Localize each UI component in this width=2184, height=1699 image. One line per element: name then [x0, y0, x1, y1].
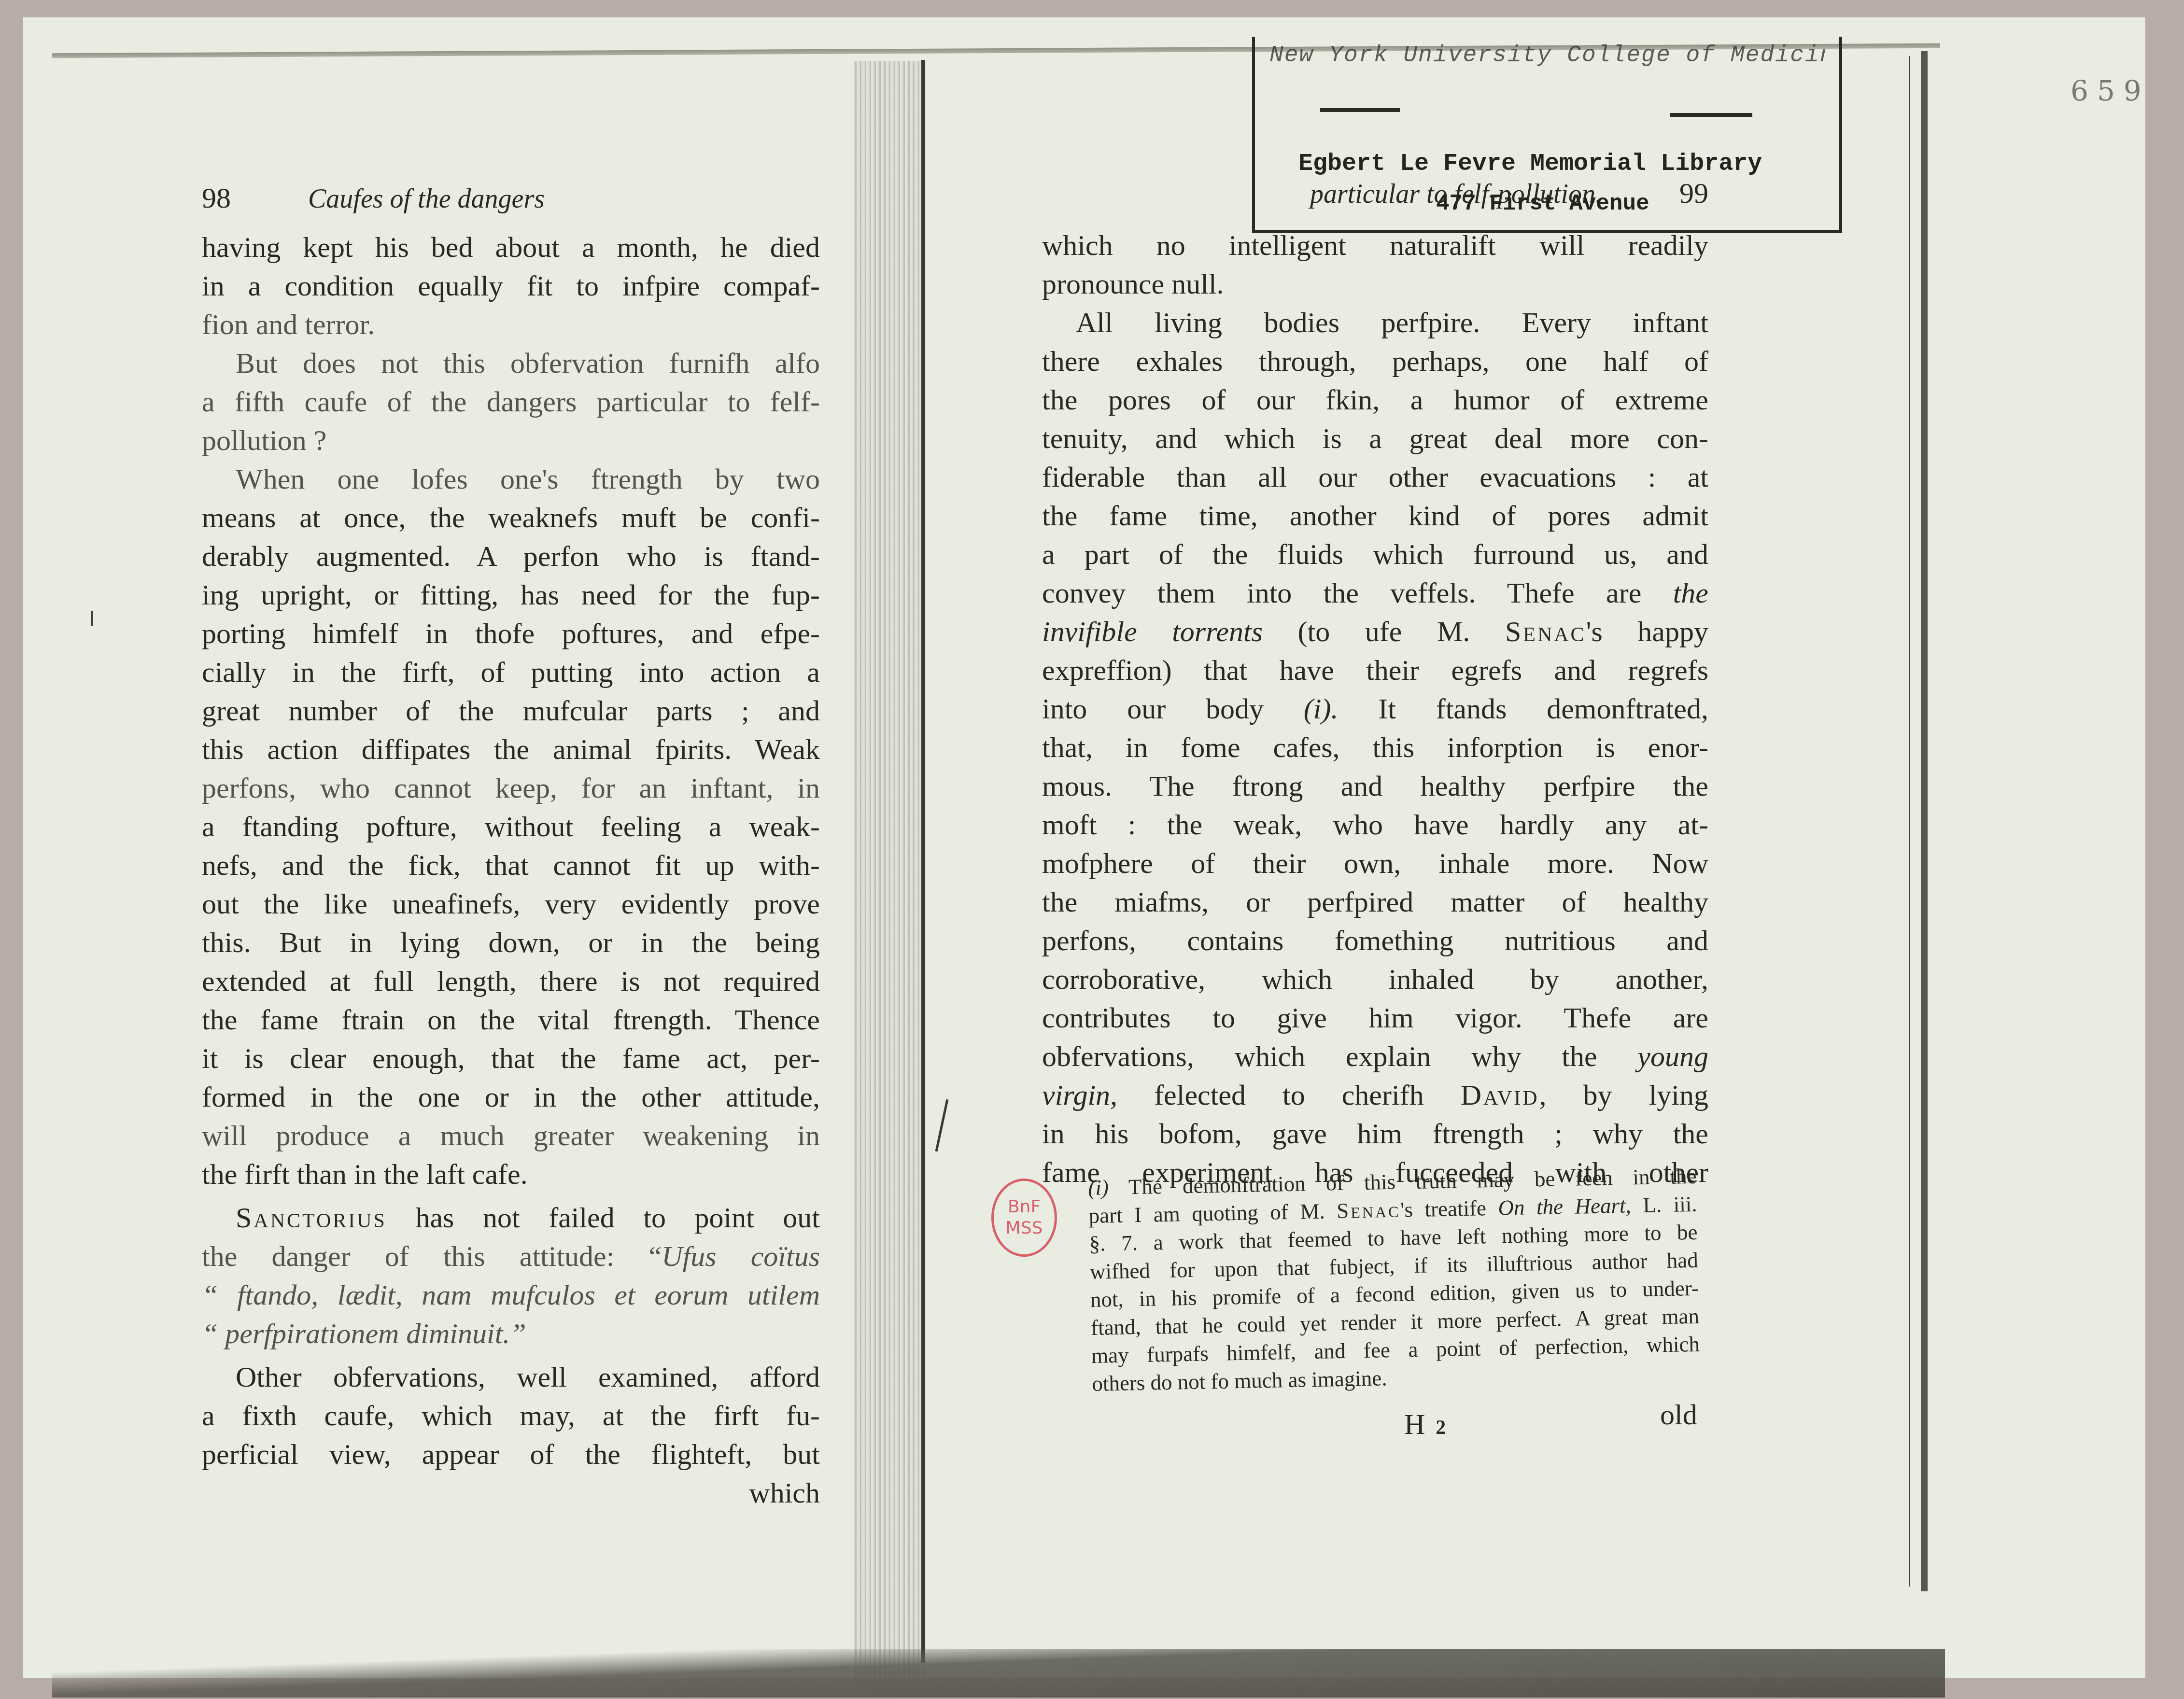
latin-quote-line: “ ftando, lædit, nam mufculos et eorum u… — [202, 1276, 820, 1314]
stamp-library-name: Egbert Le Fevre Memorial Library — [1298, 150, 1762, 178]
catchword: old — [1660, 1398, 1697, 1432]
text-line: mofphere of their own, inhale more. Now — [1042, 844, 1708, 883]
margin-mark — [91, 611, 93, 626]
text-span: the — [1673, 577, 1708, 609]
text-span: L. iii. — [1631, 1192, 1697, 1218]
text-line: expreffion) that have their egrefs and r… — [1042, 651, 1708, 689]
text-span: 's happy — [1586, 616, 1708, 647]
text-line: fiderable than all our other evacuations… — [1042, 458, 1708, 496]
right-page: particular to felf-pollution. 99 which n… — [1042, 177, 1708, 1192]
right-body: which no intelligent naturalift will rea… — [1042, 223, 1708, 1192]
text-line: having kept his bed about a month, he di… — [202, 228, 820, 267]
text-line: in his bofom, gave him ftrength ; why th… — [1042, 1114, 1708, 1153]
footnote: (i) The demonftration of this truth may … — [1088, 1162, 1701, 1398]
text-span: part I am quoting of M. — [1088, 1199, 1337, 1228]
text-line: All living bodies perfpire. Every inftan… — [1042, 303, 1708, 342]
text-line: But does not this obfervation furnifh al… — [202, 344, 820, 382]
text-line: perfons, who cannot keep, for an inftant… — [202, 769, 820, 807]
italic-phrase: invifible torrents — [1042, 616, 1263, 647]
left-body: having kept his bed about a month, he di… — [202, 228, 820, 1512]
text-line: ing upright, or fitting, has need for th… — [202, 576, 820, 614]
senac-name: Senac — [1337, 1198, 1401, 1223]
text-line: When one lofes one's ftrength by two — [202, 460, 820, 498]
text-line: pronounce null. — [1042, 265, 1708, 303]
text-line: Sanctorius has not failed to point out — [202, 1198, 820, 1237]
text-line: porting himfelf in thofe poftures, and e… — [202, 614, 820, 653]
senac-name: Senac — [1505, 616, 1586, 647]
footnote-reference: (i). — [1304, 693, 1339, 725]
stamp-address: 477 First Avenue — [1436, 191, 1649, 216]
text-line: fion and terror. — [202, 305, 820, 344]
book-right-edge-inner — [1909, 56, 1910, 1587]
left-page: 98 Caufes of the dangers having kept his… — [202, 182, 820, 1512]
bnf-stamp: BnF MSS — [991, 1179, 1057, 1257]
text-line: the fame time, another kind of pores adm… — [1042, 496, 1708, 535]
signature-letter: H — [1404, 1408, 1425, 1440]
text-line: Other obfervations, well examined, affor… — [202, 1358, 820, 1396]
text-line: it is clear enough, that the fame act, p… — [202, 1039, 820, 1078]
text-line: out the like uneafinefs, very evidently … — [202, 885, 820, 923]
folio-number: 659 — [2071, 74, 2150, 107]
text-line: the firft than in the laft cafe. — [202, 1155, 820, 1194]
margin-mark — [935, 1099, 949, 1152]
text-span: felected to cherifh — [1117, 1079, 1461, 1111]
book-right-edge — [1921, 51, 1928, 1591]
text-line: moft : the weak, who have hardly any at- — [1042, 805, 1708, 844]
text-line: formed in the one or in the other attitu… — [202, 1078, 820, 1116]
text-line: contributes to give him vigor. Thefe are — [1042, 998, 1708, 1037]
book-title: On the Heart, — [1498, 1193, 1631, 1220]
book-gutter-line — [921, 60, 925, 1663]
bnf-stamp-line: MSS — [994, 1218, 1055, 1239]
text-line: pollution ? — [202, 421, 820, 460]
stamp-institution: New York University College of Medicine — [1269, 42, 1825, 67]
text-span: obfervations, which explain why the — [1042, 1040, 1637, 1072]
text-span: has not failed to point out — [387, 1202, 820, 1234]
signature-mark: H2 — [1404, 1408, 1446, 1441]
stamp-rule — [1670, 113, 1752, 117]
text-line: great number of the mufcular parts ; and — [202, 691, 820, 730]
text-span: the danger of this attitude: “ — [202, 1240, 662, 1272]
page-number: 98 — [202, 182, 308, 215]
text-line: nefs, and the fick, that cannot fit up w… — [202, 846, 820, 885]
text-line: a ftanding pofture, without feeling a we… — [202, 807, 820, 846]
text-span: into our body — [1042, 693, 1304, 725]
text-line: obfervations, which explain why the youn… — [1042, 1037, 1708, 1076]
text-line: extended at full length, there is not re… — [202, 962, 820, 1000]
text-span: convey them into the veffels. Thefe are — [1042, 577, 1673, 609]
text-line: perficial view, appear of the flighteft,… — [202, 1435, 820, 1474]
footnote-marker: (i) — [1088, 1175, 1109, 1200]
catchword: which — [202, 1474, 820, 1512]
running-head-left: 98 Caufes of the dangers — [202, 182, 820, 228]
text-line: this action diffipates the animal fpirit… — [202, 730, 820, 769]
text-line: cially in the firft, of putting into act… — [202, 653, 820, 691]
text-line: the fame ftrain on the vital ftrength. T… — [202, 1000, 820, 1039]
text-line: perfons, contains fomething nutritious a… — [1042, 921, 1708, 960]
text-line: tenuity, and which is a great deal more … — [1042, 419, 1708, 458]
text-line: a part of the fluids which furround us, … — [1042, 535, 1708, 574]
david-name: David — [1461, 1079, 1539, 1111]
library-stamp: New York University College of Medicine … — [1252, 37, 1842, 233]
text-line: into our body (i). It ftands demonftrate… — [1042, 689, 1708, 728]
text-line: convey them into the veffels. Thefe are … — [1042, 574, 1708, 612]
text-line: means at once, the weaknefs muft be conf… — [202, 498, 820, 537]
text-line: in a condition equally fit to infpire co… — [202, 267, 820, 305]
signature-number: 2 — [1436, 1417, 1446, 1439]
bnf-stamp-line: BnF — [994, 1196, 1055, 1218]
text-line: virgin, felected to cherifh David, by ly… — [1042, 1076, 1708, 1114]
text-span: It ftands demonftrated, — [1338, 693, 1708, 725]
text-line: the miafms, or perfpired matter of healt… — [1042, 883, 1708, 921]
book-bottom-shadow — [52, 1649, 1945, 1698]
text-span: , by lying — [1539, 1079, 1708, 1111]
latin-quote: Ufus coïtus — [662, 1240, 820, 1272]
text-span: (to ufe M. — [1263, 616, 1505, 647]
text-line: this. But in lying down, or in the being — [202, 923, 820, 962]
book-gutter-shadow — [854, 61, 926, 1683]
text-line: a fifth caufe of the dangers particular … — [202, 382, 820, 421]
text-line: there exhales through, perhaps, one half… — [1042, 342, 1708, 380]
stamp-rule — [1320, 108, 1400, 112]
latin-quote-line: “ perfpirationem diminuit.” — [202, 1314, 820, 1353]
text-span: young — [1637, 1040, 1708, 1072]
text-line: mous. The ftrong and healthy perfpire th… — [1042, 767, 1708, 805]
text-line: the danger of this attitude: “Ufus coïtu… — [202, 1237, 820, 1276]
scanned-sheet: 659 98 Caufes of the dangers having kept… — [23, 17, 2145, 1678]
text-line: will produce a much greater weakening in — [202, 1116, 820, 1155]
text-line: that, in fome cafes, this inforption is … — [1042, 728, 1708, 767]
text-line: corroborative, which inhaled by another, — [1042, 960, 1708, 998]
text-line: derably augmented. A perfon who is ftand… — [202, 537, 820, 576]
text-line: invifible torrents (to ufe M. Senac's ha… — [1042, 612, 1708, 651]
text-line: the pores of our fkin, a humor of extrem… — [1042, 380, 1708, 419]
text-span: 's treatife — [1400, 1196, 1498, 1222]
running-head-title: Caufes of the dangers — [308, 183, 545, 214]
text-span: virgin, — [1042, 1079, 1117, 1111]
sanctorius-name: Sanctorius — [236, 1202, 387, 1234]
text-line: a fixth caufe, which may, at the firft f… — [202, 1396, 820, 1435]
